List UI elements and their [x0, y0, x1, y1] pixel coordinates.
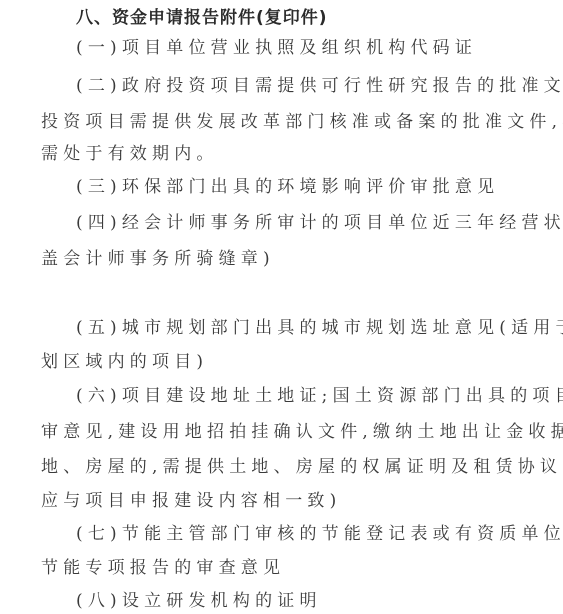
item-2-line-3: 需处于有效期内。 [41, 144, 219, 164]
item-6-line-3: 地、房屋的,需提供土地、房屋的权属证明及租赁协议(土地手续 [41, 457, 563, 477]
item-7-line-1: (七)节能主管部门审核的节能登记表或有资质单位编制的 [76, 524, 563, 544]
item-3-line-1: (三)环保部门出具的环境影响评价审批意见 [76, 177, 499, 197]
item-2-line-2: 投资项目需提供发展改革部门核准或备案的批准文件,各种文件 [41, 112, 563, 132]
item-4-line-1: (四)经会计师事务所审计的项目单位近三年经营状况(需加 [76, 213, 563, 233]
item-4-line-2: 盖会计师事务所骑缝章) [41, 249, 275, 269]
item-8-line-1: (八)设立研发机构的证明 [76, 591, 322, 611]
item-1-line-1: (一)项目单位营业执照及组织机构代码证 [76, 38, 477, 58]
section-heading: 八、资金申请报告附件(复印件) [76, 8, 328, 28]
item-5-line-1: (五)城市规划部门出具的城市规划选址意见(适用于城市规 [76, 318, 563, 338]
item-6-line-2: 审意见,建设用地招拍挂确认文件,缴纳土地出让金收据;租用土 [41, 422, 563, 442]
item-6-line-4: 应与项目申报建设内容相一致) [41, 491, 341, 511]
item-5-line-2: 划区域内的项目) [41, 352, 208, 372]
item-2-line-1: (二)政府投资项目需提供可行性研究报告的批准文件,企业 [76, 76, 563, 96]
item-6-line-1: (六)项目建设地址土地证;国土资源部门出具的项目用地预 [76, 386, 563, 406]
item-7-line-2: 节能专项报告的审查意见 [41, 558, 285, 578]
